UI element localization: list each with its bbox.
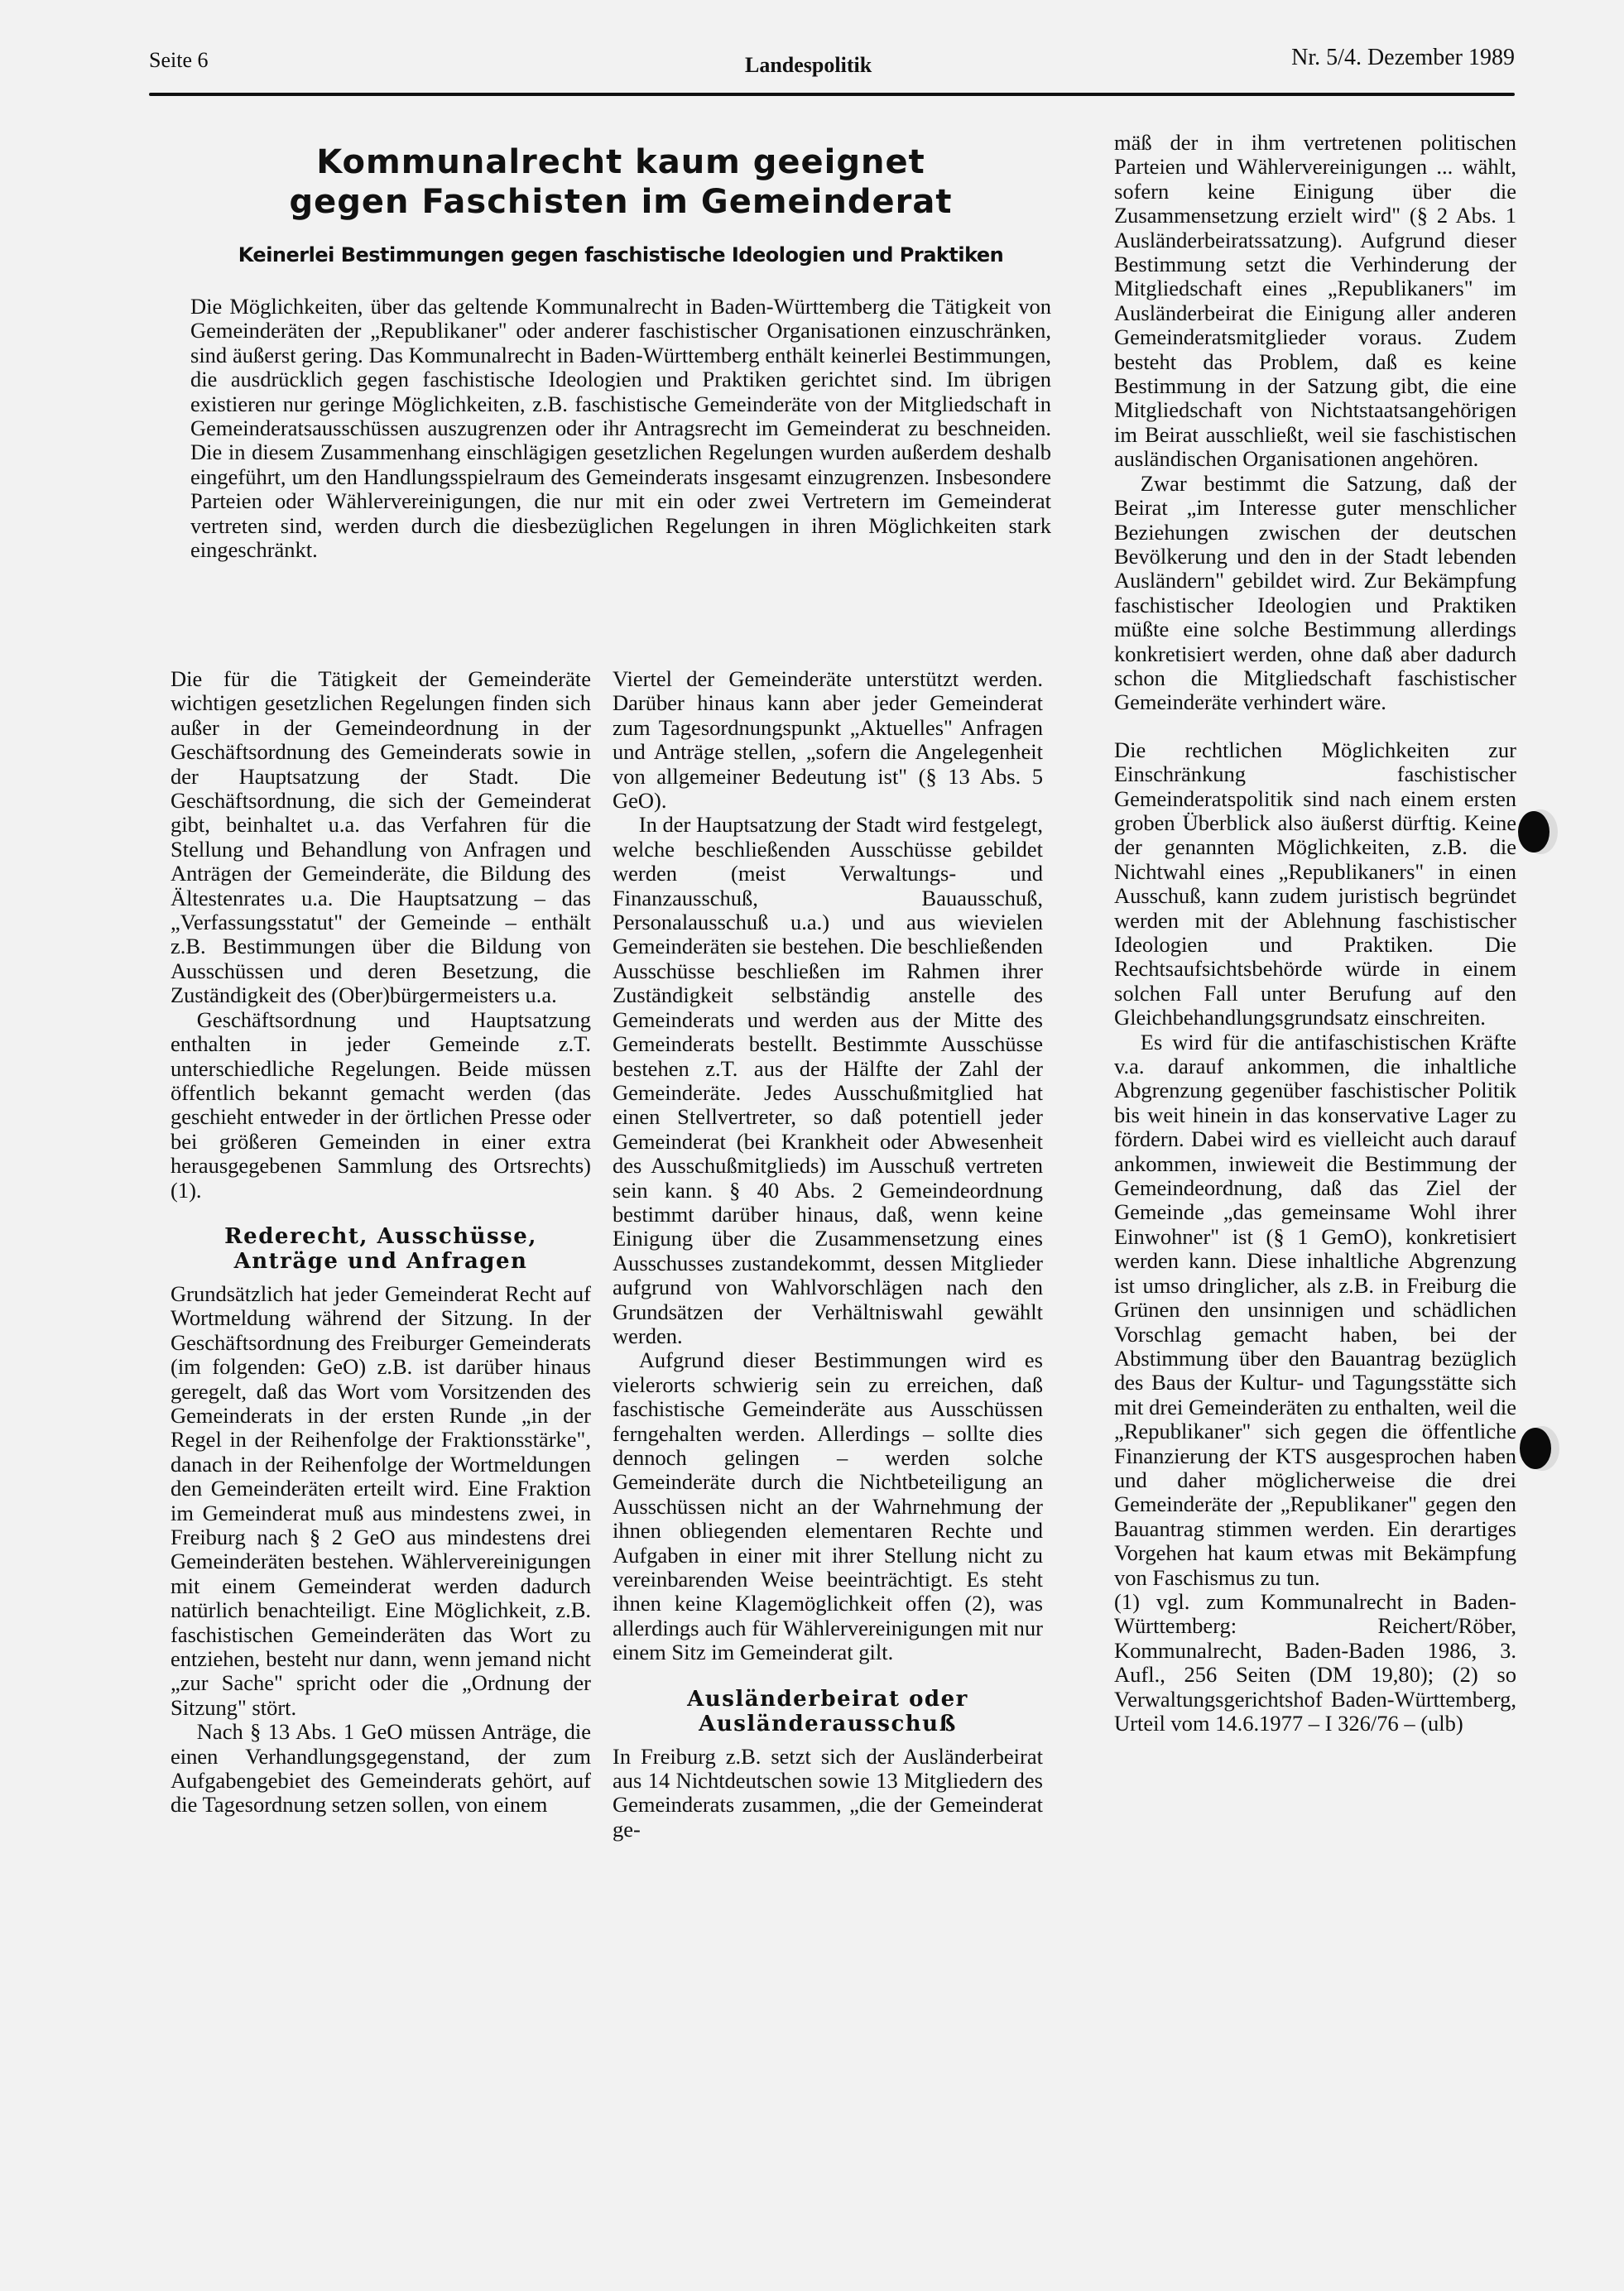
paragraph: Geschäftsordnung und Hauptsatzung enthal…: [171, 1008, 591, 1203]
page-header: Seite 6 Landespolitik Nr. 5/4. Dezember …: [149, 48, 1515, 81]
section-heading-line-1: Ausländerbeirat oder: [687, 1687, 968, 1712]
punch-hole-icon: [1520, 1428, 1551, 1469]
paragraph: Grundsätzlich hat jeder Gemeinderat Rech…: [171, 1282, 591, 1720]
header-rule: [149, 93, 1515, 96]
footnotes: (1) vgl. zum Kommunalrecht in Baden-Würt…: [1114, 1590, 1516, 1736]
section-heading-line-1: Rederecht, Ausschüsse,: [224, 1224, 537, 1249]
article-lede: Die Möglichkeiten, über das geltende Kom…: [190, 295, 1051, 562]
column-3: mäß der in ihm vertretenen politischen P…: [1114, 131, 1516, 1736]
paragraph: Viertel der Gemeinderäte unterstützt wer…: [613, 667, 1043, 813]
section-heading-line-2: Anträge und Anfragen: [234, 1249, 528, 1274]
section-title: Landespolitik: [745, 53, 872, 78]
paragraph-gap: [1114, 715, 1516, 738]
section-heading-line-2: Ausländerausschuß: [699, 1712, 957, 1736]
issue-date: Nr. 5/4. Dezember 1989: [1291, 45, 1515, 71]
paragraph: Aufgrund dieser Bestimmungen wird es vie…: [613, 1348, 1043, 1664]
section-heading: Rederecht, Ausschüsse, Anträge und Anfra…: [171, 1224, 591, 1274]
headline-block: Kommunalrecht kaum geeignet gegen Faschi…: [190, 142, 1051, 267]
paragraph: Zwar bestimmt die Satzung, daß der Beira…: [1114, 472, 1516, 715]
paragraph: Nach § 13 Abs. 1 GeO müssen Anträge, die…: [171, 1720, 591, 1818]
page-number: Seite 6: [149, 48, 209, 73]
column-1: Die für die Tätigkeit der Gemeinderäte w…: [171, 667, 591, 1818]
paragraph: mäß der in ihm vertretenen politischen P…: [1114, 131, 1516, 472]
section-heading: Ausländerbeirat oder Ausländerausschuß: [613, 1687, 1043, 1736]
paragraph: In der Hauptsatzung der Stadt wird festg…: [613, 813, 1043, 1348]
paragraph: Die rechtlichen Möglichkeiten zur Einsch…: [1114, 738, 1516, 1030]
paragraph: Es wird für die antifaschistischen Kräft…: [1114, 1030, 1516, 1590]
article-headline: Kommunalrecht kaum geeignet gegen Faschi…: [190, 142, 1051, 222]
punch-hole-icon: [1518, 811, 1550, 853]
paragraph: Die für die Tätigkeit der Gemeinderäte w…: [171, 667, 591, 1008]
paragraph: In Freiburg z.B. setzt sich der Auslände…: [613, 1745, 1043, 1842]
headline-line-2: gegen Faschisten im Gemeinderat: [290, 183, 953, 221]
headline-line-1: Kommunalrecht kaum geeignet: [316, 143, 925, 181]
article-subheadline: Keinerlei Bestimmungen gegen faschistisc…: [190, 243, 1051, 267]
column-2: Viertel der Gemeinderäte unterstützt wer…: [613, 667, 1043, 1842]
